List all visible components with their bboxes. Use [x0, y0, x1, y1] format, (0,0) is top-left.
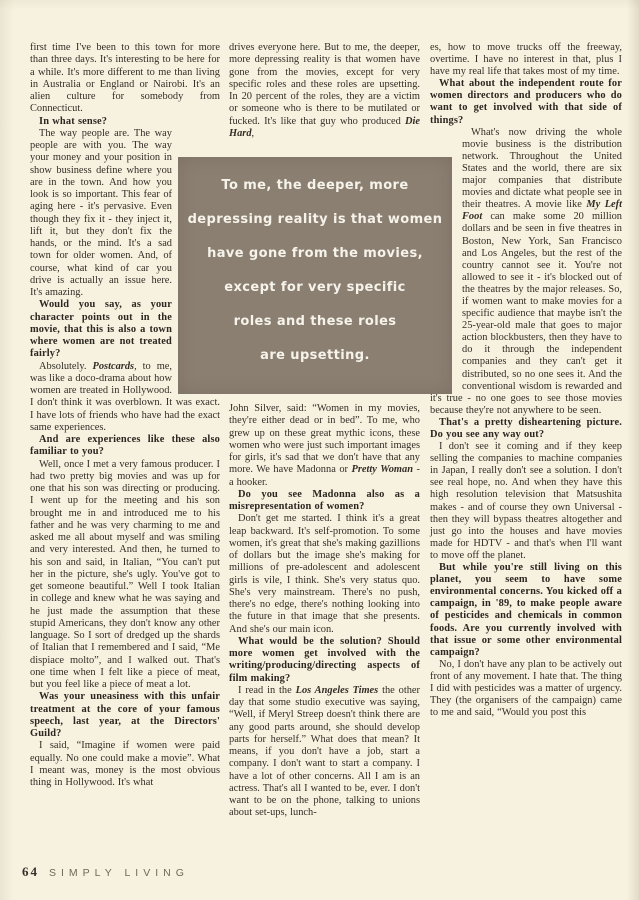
interview-question: What about the independent route for wom… [430, 78, 622, 126]
text-segment: , [252, 128, 255, 139]
text-segment: Well, once I met a very famous producer.… [30, 459, 220, 691]
interview-answer: I said, “Imagine if women were paid equa… [30, 740, 220, 789]
text-segment: In what sense? [39, 116, 107, 127]
interview-answer: Well, once I met a very famous producer.… [30, 459, 220, 692]
text-segment: Do you see Madonna also as a misrepresen… [229, 489, 420, 512]
text-segment: No, I don't have any plan to be actively… [430, 659, 622, 718]
text-segment: What would be the solution? Should more … [229, 636, 420, 684]
magazine-page: first time I've been to this town for mo… [0, 0, 639, 900]
interview-answer: Don't get me started. I think it's a gre… [229, 513, 420, 636]
interview-question: Do you see Madonna also as a misrepresen… [229, 489, 420, 514]
interview-answer: es, how to move trucks off the freeway, … [430, 42, 622, 78]
text-segment: Was your uneasiness with this unfair tre… [30, 691, 220, 739]
interview-question: What would be the solution? Should more … [229, 636, 420, 685]
interview-question: In what sense? [30, 116, 220, 128]
text-segment: The way people are. The way people are w… [30, 128, 172, 298]
text-segment: And are experiences like these also fami… [30, 434, 220, 457]
page-footer: 64SIMPLY LIVING [22, 863, 189, 881]
page-number: 64 [22, 864, 39, 879]
text-segment: Would you say, as your character points … [30, 299, 172, 359]
interview-question: Was your uneasiness with this unfair tre… [30, 691, 220, 740]
text-segment: the other day that some studio executive… [229, 685, 420, 819]
text-segment: es, how to move trucks off the freeway, … [430, 42, 622, 77]
pull-quote-line: To me, the deeper, more [178, 169, 452, 203]
pull-quote-line: roles and these roles [178, 305, 452, 339]
title-emphasis: Pretty Woman [352, 464, 413, 475]
text-segment: What's now driving the whole movie busin… [462, 127, 622, 211]
magazine-title: SIMPLY LIVING [49, 867, 189, 879]
pull-quote-line: have gone from the movies, [178, 237, 452, 271]
text-segment: I don't see it coming and if they keep s… [430, 441, 622, 561]
interview-answer: I don't see it coming and if they keep s… [430, 441, 622, 562]
text-segment: drives everyone here. But to me, the dee… [229, 42, 420, 127]
text-segment: But while you're still living on this pl… [430, 562, 622, 658]
text-segment: first time I've been to this town for mo… [30, 42, 220, 114]
interview-question: That's a pretty disheartening picture. D… [430, 417, 622, 441]
text-segment: That's a pretty disheartening picture. D… [430, 417, 622, 440]
text-segment: I said, “Imagine if women were paid equa… [30, 740, 220, 788]
text-segment: What about the independent route for wom… [430, 78, 622, 125]
interview-answer: drives everyone here. But to me, the dee… [229, 42, 420, 140]
pull-quote-line: are upsetting. [178, 339, 452, 373]
interview-answer: No, I don't have any plan to be actively… [430, 659, 622, 719]
interview-answer: John Silver, said: “Women in my movies, … [229, 403, 420, 489]
interview-question: And are experiences like these also fami… [30, 434, 220, 459]
pull-quote-box: To me, the deeper, moredepressing realit… [178, 157, 452, 394]
title-emphasis: Los Angeles Times [296, 685, 379, 696]
text-segment: Don't get me started. I think it's a gre… [229, 513, 420, 634]
pull-quote-line: depressing reality is that women [178, 203, 452, 237]
pull-quote-line: except for very specific [178, 271, 452, 305]
text-column-3: es, how to move trucks off the freeway, … [430, 42, 622, 719]
text-segment: I read in the [238, 685, 296, 696]
interview-question: But while you're still living on this pl… [430, 562, 622, 659]
text-segment: Absolutely. [39, 361, 93, 372]
interview-answer: I read in the Los Angeles Times the othe… [229, 685, 420, 820]
interview-answer: first time I've been to this town for mo… [30, 42, 220, 116]
text-column-1: first time I've been to this town for mo… [30, 42, 220, 789]
title-emphasis: Postcards [93, 361, 135, 372]
